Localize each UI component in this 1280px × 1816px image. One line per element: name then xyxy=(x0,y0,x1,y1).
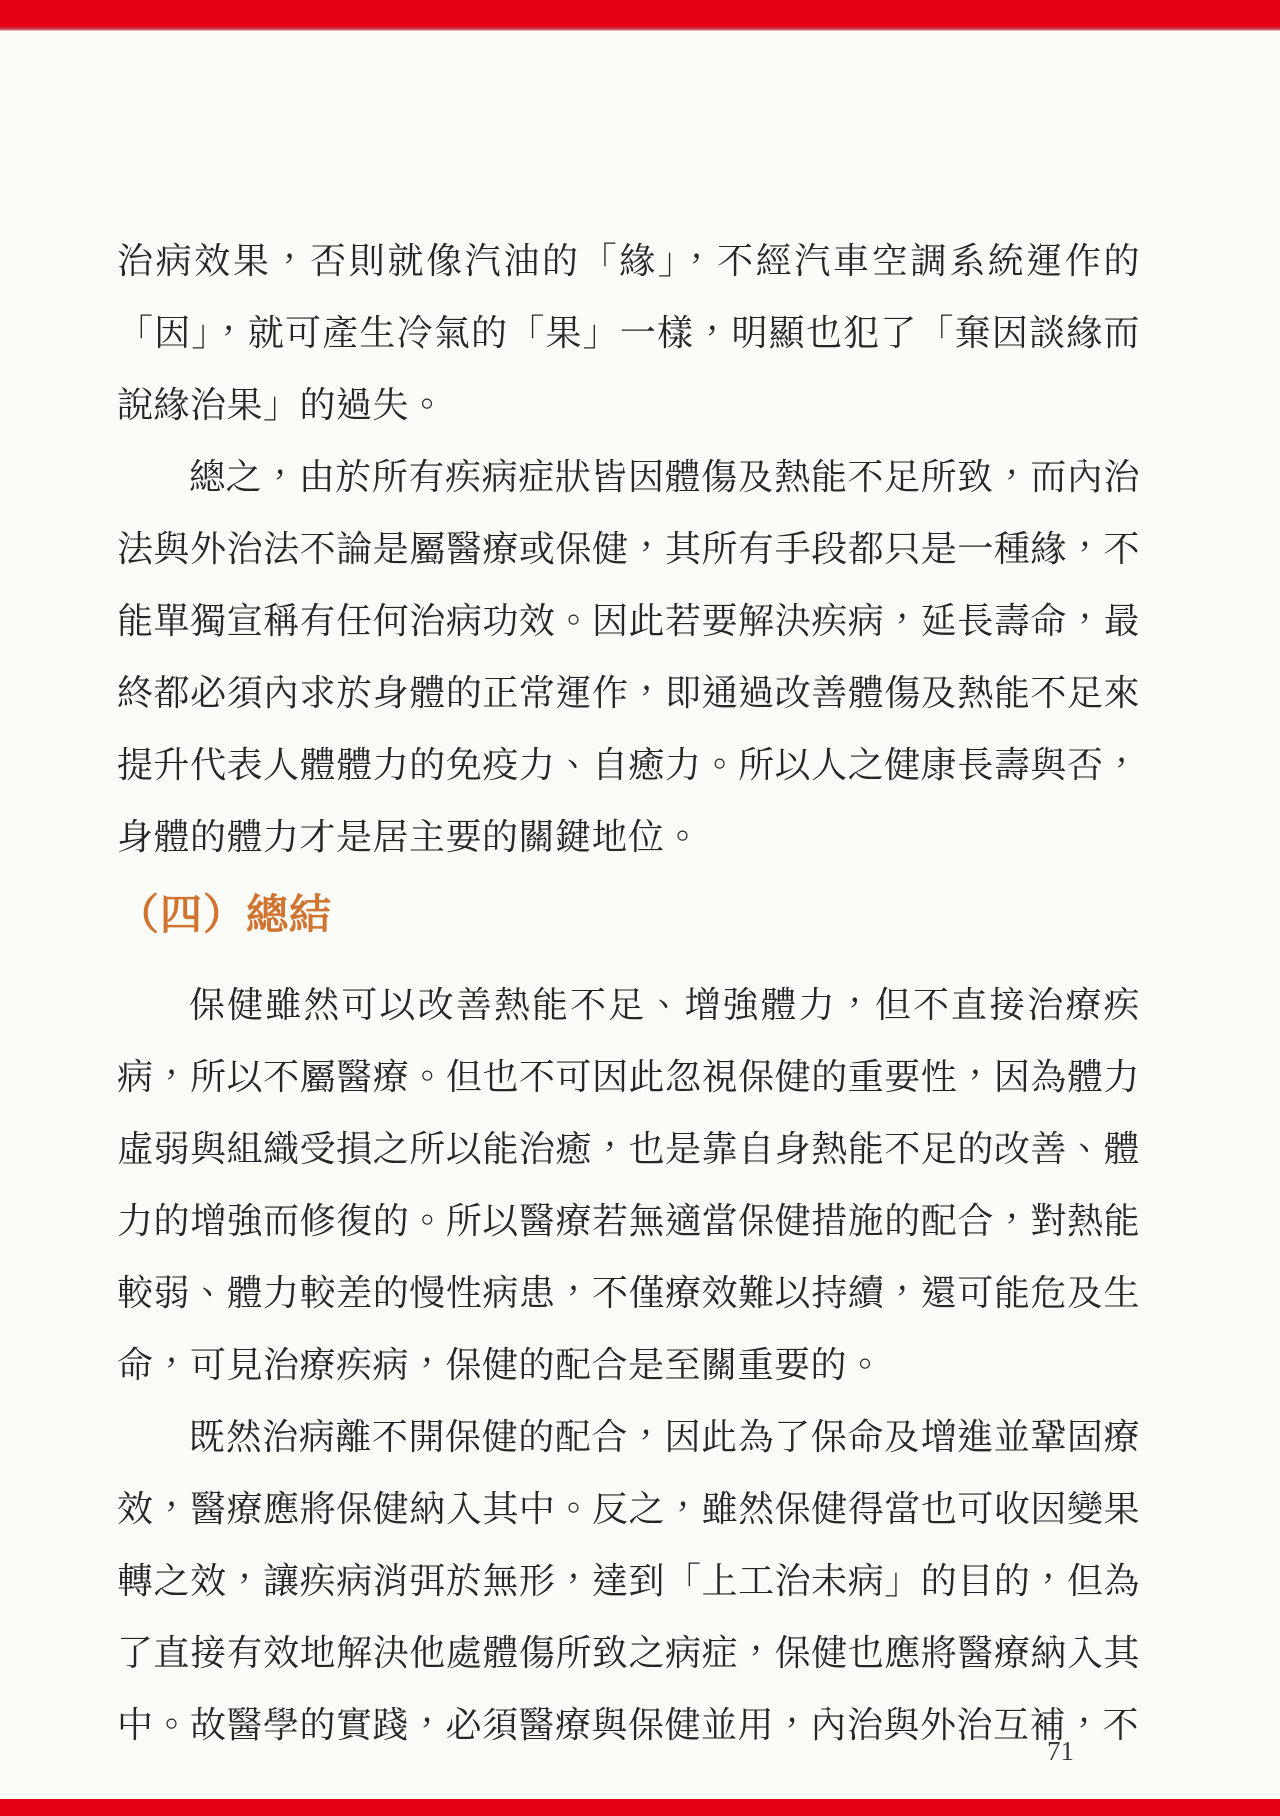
page-body: 治病效果，否則就像汽油的「緣」，不經汽車空調系統運作的「因」，就可產生冷氣的「果… xyxy=(117,225,1140,1761)
page-number: 71 xyxy=(1047,1736,1074,1766)
paragraph: 總之，由於所有疾病症狀皆因體傷及熱能不足所致，而內治法與外治法不論是屬醫療或保健… xyxy=(117,441,1140,873)
paragraph: 保健雖然可以改善熱能不足、增強體力，但不直接治療疾病，所以不屬醫療。但也不可因此… xyxy=(117,969,1140,1401)
document-page: 治病效果，否則就像汽油的「緣」，不經汽車空調系統運作的「因」，就可產生冷氣的「果… xyxy=(0,0,1280,1816)
paragraph-continuation: 治病效果，否則就像汽油的「緣」，不經汽車空調系統運作的「因」，就可產生冷氣的「果… xyxy=(117,225,1140,441)
paragraph: 既然治病離不開保健的配合，因此為了保命及增進並鞏固療效，醫療應將保健納入其中。反… xyxy=(117,1401,1140,1761)
section-heading: （四）總結 xyxy=(117,889,1140,941)
bottom-accent-bar xyxy=(0,1799,1280,1816)
top-accent-bar xyxy=(0,0,1280,31)
